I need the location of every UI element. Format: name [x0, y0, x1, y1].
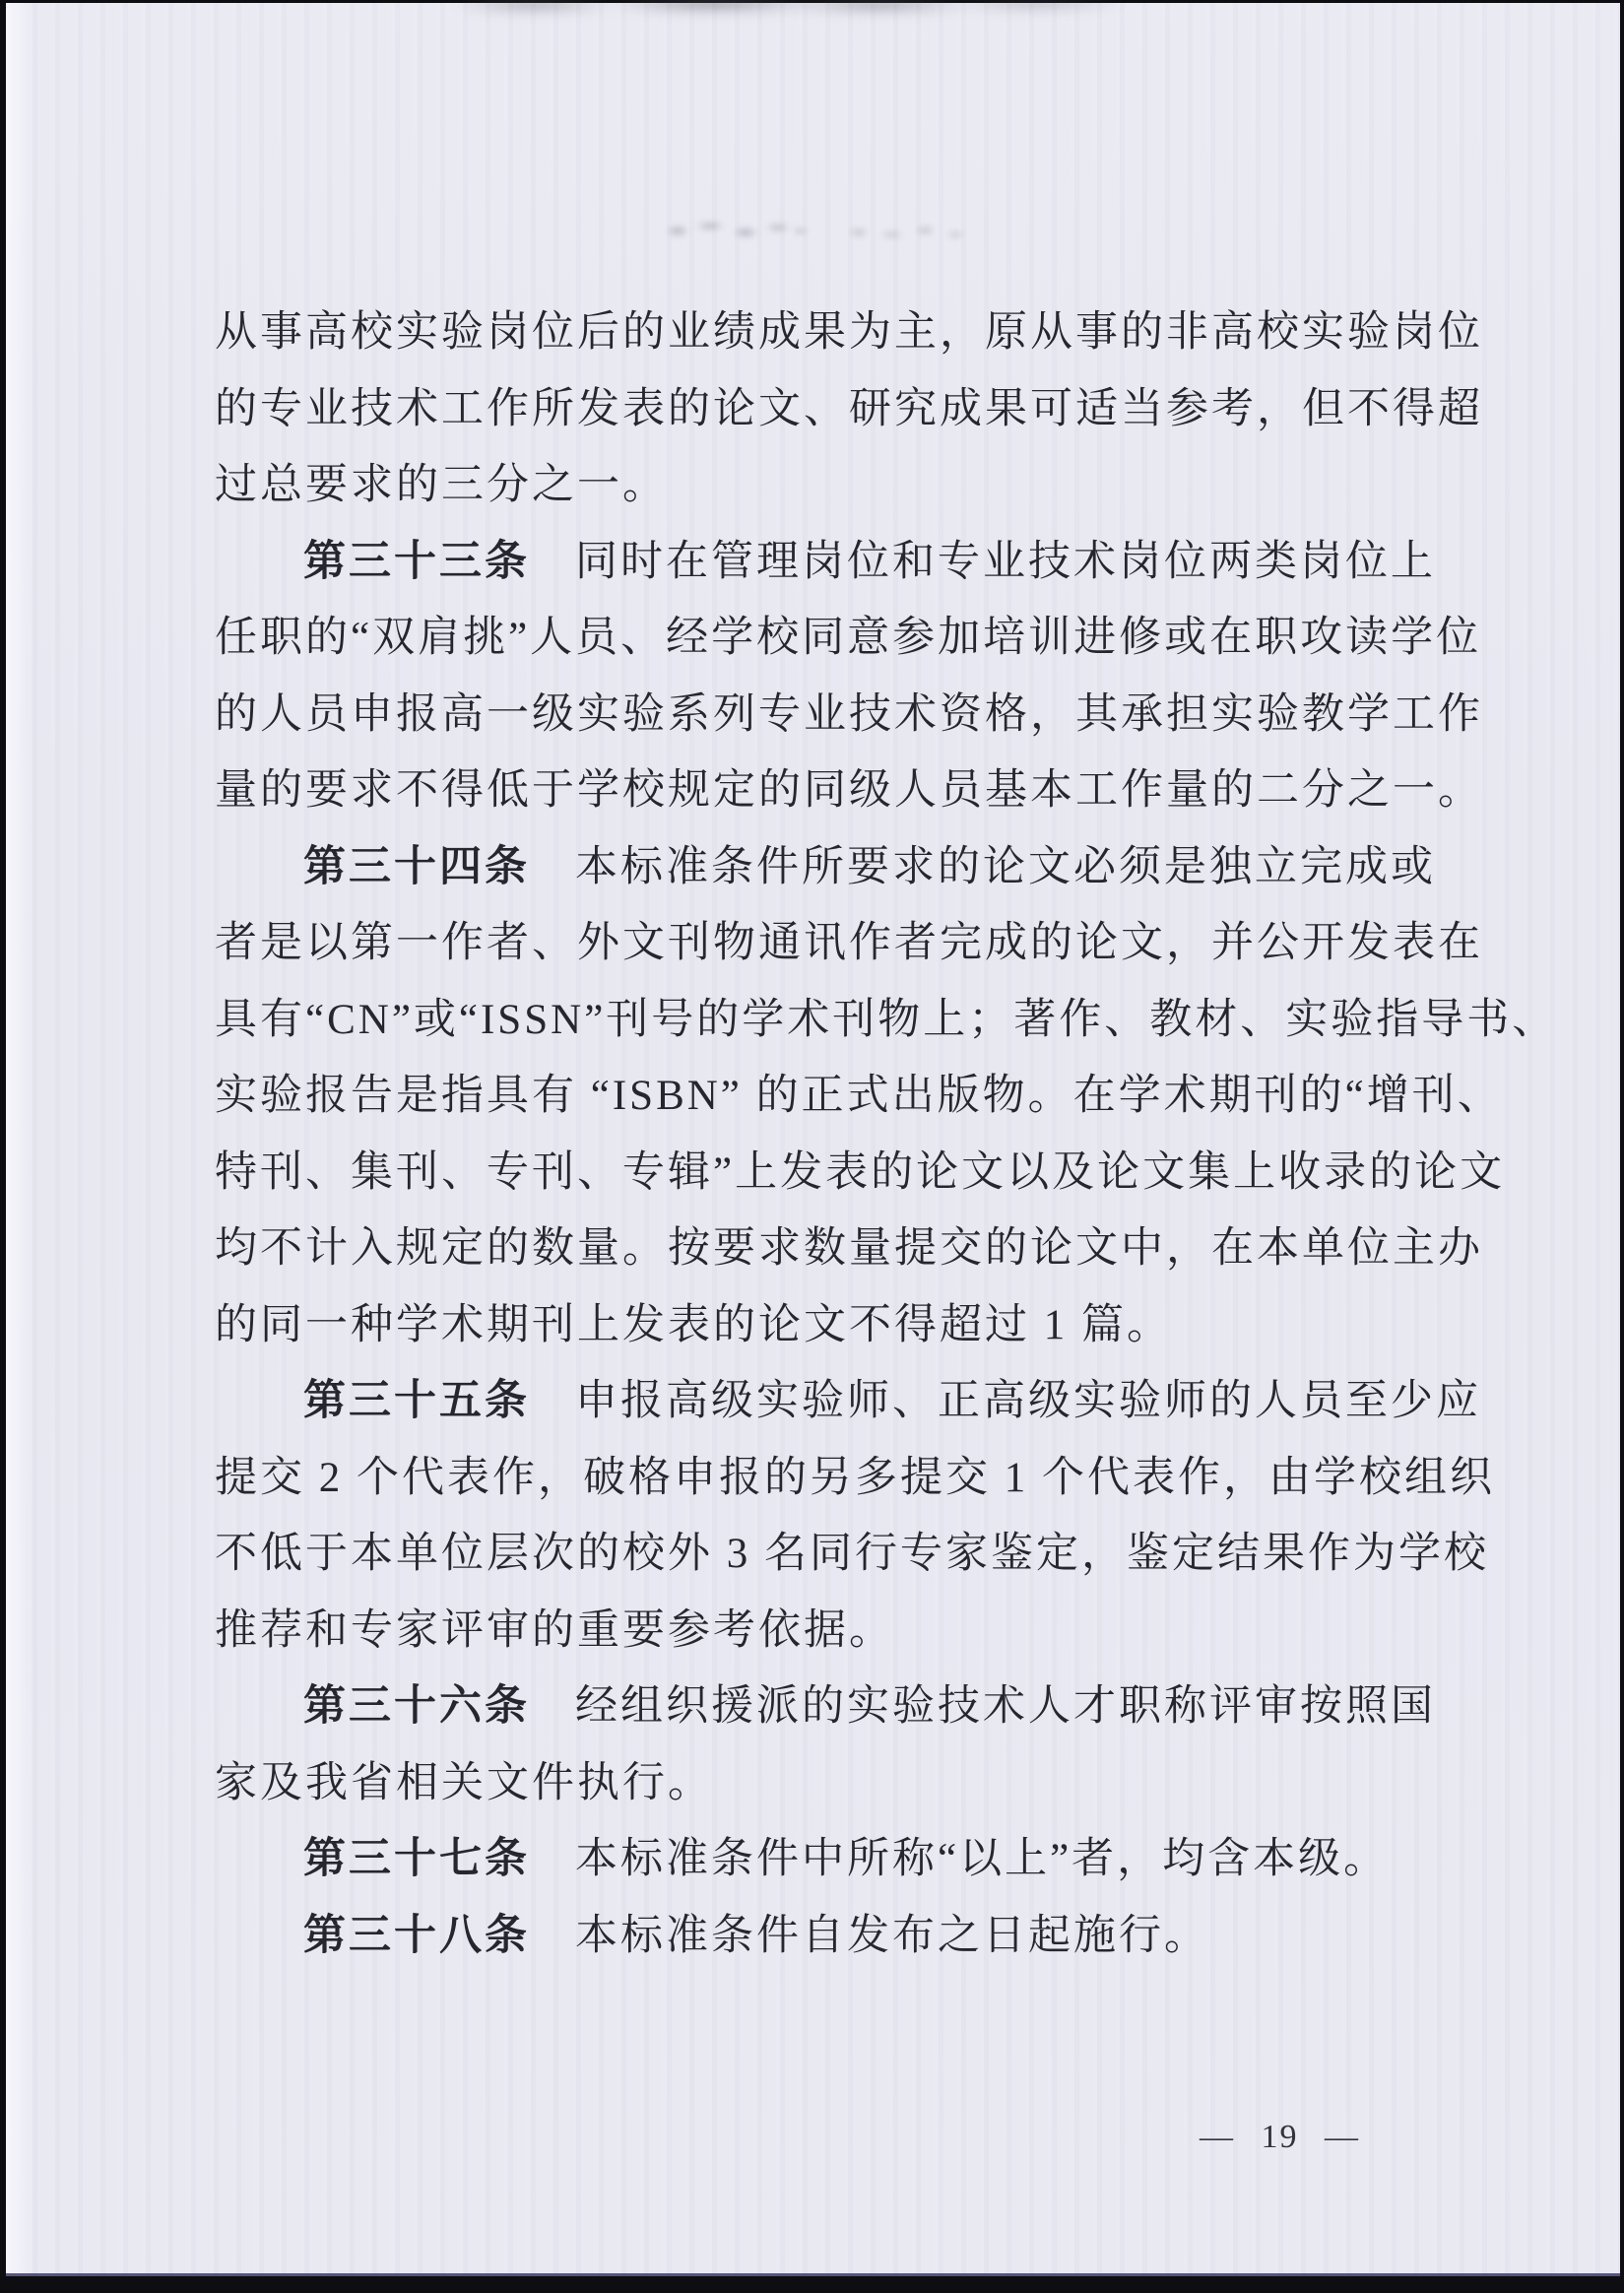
- article-number: 第三十五条: [303, 1378, 530, 1424]
- page-number: — 19 —: [1200, 2119, 1360, 2156]
- article-text: 的专业技术工作所发表的论文、研究成果可适当参考，但不得超: [215, 386, 1483, 432]
- article-number: 第三十六条: [303, 1683, 530, 1730]
- article-text: 经组织援派的实验技术人才职称评审按照国: [530, 1683, 1436, 1730]
- text-line: 任职的“双肩挑”人员、经学校同意参加培训进修或在职攻读学位: [215, 600, 1505, 677]
- article-text: 的同一种学术期刊上发表的论文不得超过 1 篇。: [215, 1302, 1172, 1348]
- article-text: 任职的“双肩挑”人员、经学校同意参加培训进修或在职攻读学位: [215, 615, 1481, 661]
- article-text: 具有“CN”或“ISSN”刊号的学术刊物上；著作、教材、实验指导书、: [215, 997, 1557, 1043]
- text-line: 量的要求不得低于学校规定的同级人员基本工作量的二分之一。: [215, 753, 1505, 829]
- article-number: 第三十四条: [303, 844, 530, 890]
- text-line: 不低于本单位层次的校外 3 名同行专家鉴定，鉴定结果作为学校: [215, 1516, 1505, 1593]
- article-text: 推荐和专家评审的重要参考依据。: [215, 1607, 894, 1654]
- article-text: 不低于本单位层次的校外 3 名同行专家鉴定，鉴定结果作为学校: [215, 1531, 1489, 1577]
- article-text: 量的要求不得低于学校规定的同级人员基本工作量的二分之一。: [215, 767, 1483, 814]
- article-text: 本标准条件中所称“以上”者，均含本级。: [530, 1836, 1389, 1882]
- article-text: 申报高级实验师、正高级实验师的人员至少应: [530, 1378, 1481, 1424]
- text-line: 从事高校实验岗位后的业绩成果为主，原从事的非高校实验岗位: [215, 295, 1505, 371]
- text-line: 具有“CN”或“ISSN”刊号的学术刊物上；著作、教材、实验指导书、: [215, 982, 1505, 1059]
- text-line: 实验报告是指具有 “ISBN” 的正式出版物。在学术期刊的“增刊、: [215, 1058, 1505, 1135]
- text-line: 第三十六条 经组织援派的实验技术人才职称评审按照国: [215, 1669, 1505, 1745]
- article-text: 特刊、集刊、专刊、专辑”上发表的论文以及论文集上收录的论文: [215, 1149, 1505, 1196]
- text-line: 第三十五条 申报高级实验师、正高级实验师的人员至少应: [215, 1363, 1505, 1440]
- text-line: 过总要求的三分之一。: [215, 447, 1505, 524]
- article-text: 的人员申报高一级实验系列专业技术资格，其承担实验教学工作: [215, 691, 1483, 738]
- text-line: 的人员申报高一级实验系列专业技术资格，其承担实验教学工作: [215, 677, 1505, 753]
- article-text: 过总要求的三分之一。: [215, 462, 668, 508]
- article-text: 者是以第一作者、外文刊物通讯作者完成的论文，并公开发表在: [215, 920, 1483, 966]
- page-edge-highlight: [6, 3, 33, 2276]
- article-text: 从事高校实验岗位后的业绩成果为主，原从事的非高校实验岗位: [215, 309, 1483, 356]
- text-line: 推荐和专家评审的重要参考依据。: [215, 1593, 1505, 1670]
- article-text: 本标准条件自发布之日起施行。: [530, 1913, 1209, 1959]
- article-number: 第三十七条: [303, 1836, 530, 1882]
- text-line: 的同一种学术期刊上发表的论文不得超过 1 篇。: [215, 1287, 1505, 1364]
- article-number: 第三十八条: [303, 1913, 530, 1959]
- text-line: 均不计入规定的数量。按要求数量提交的论文中，在本单位主办: [215, 1211, 1505, 1287]
- article-text: 同时在管理岗位和专业技术岗位两类岗位上: [530, 539, 1436, 585]
- text-line: 特刊、集刊、专刊、专辑”上发表的论文以及论文集上收录的论文: [215, 1135, 1505, 1212]
- scan-shadow-artifact: [400, 0, 1148, 19]
- text-line: 提交 2 个代表作，破格申报的另多提交 1 个代表作，由学校组织: [215, 1440, 1505, 1517]
- ink-bleed-smudge-left: [660, 204, 808, 253]
- article-text: 均不计入规定的数量。按要求数量提交的论文中，在本单位主办: [215, 1225, 1483, 1272]
- article-number: 第三十三条: [303, 539, 530, 585]
- article-text: 本标准条件所要求的论文必须是独立完成或: [530, 844, 1436, 890]
- scan-frame: 从事高校实验岗位后的业绩成果为主，原从事的非高校实验岗位的专业技术工作所发表的论…: [0, 0, 1624, 2293]
- text-line: 第三十八条 本标准条件自发布之日起施行。: [215, 1898, 1505, 1975]
- ink-bleed-smudge-right: [843, 212, 971, 253]
- text-line: 家及我省相关文件执行。: [215, 1745, 1505, 1822]
- article-text: 实验报告是指具有 “ISBN” 的正式出版物。在学术期刊的“增刊、: [215, 1073, 1503, 1119]
- text-line: 第三十四条 本标准条件所要求的论文必须是独立完成或: [215, 829, 1505, 906]
- text-line: 第三十三条 同时在管理岗位和专业技术岗位两类岗位上: [215, 524, 1505, 601]
- text-line: 者是以第一作者、外文刊物通讯作者完成的论文，并公开发表在: [215, 905, 1505, 982]
- text-line: 的专业技术工作所发表的论文、研究成果可适当参考，但不得超: [215, 371, 1505, 448]
- article-text: 家及我省相关文件执行。: [215, 1760, 713, 1806]
- article-text: 提交 2 个代表作，破格申报的另多提交 1 个代表作，由学校组织: [215, 1455, 1495, 1501]
- text-line: 第三十七条 本标准条件中所称“以上”者，均含本级。: [215, 1821, 1505, 1898]
- document-body: 从事高校实验岗位后的业绩成果为主，原从事的非高校实验岗位的专业技术工作所发表的论…: [215, 295, 1505, 1974]
- scanned-page: 从事高校实验岗位后的业绩成果为主，原从事的非高校实验岗位的专业技术工作所发表的论…: [6, 3, 1620, 2276]
